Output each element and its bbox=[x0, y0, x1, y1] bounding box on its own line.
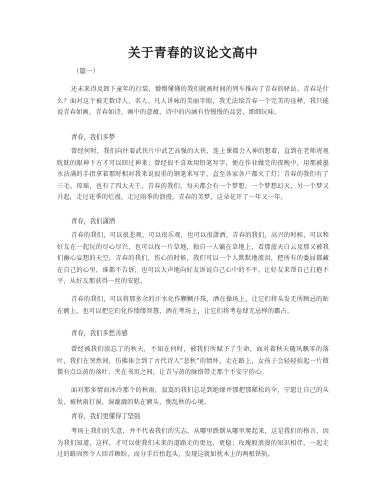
section-label: （篇一） bbox=[73, 66, 99, 75]
paragraph-carefree-1: 青春的我们，可以很悲观，可以很乐观，也可以很潇洒，青春的我们，高兴的时候，可以和… bbox=[57, 230, 329, 288]
document-title: 关于青春的议论文高中 bbox=[0, 43, 386, 61]
heading-carefree: 青春，我们潇洒 bbox=[71, 216, 115, 225]
heading-strength: 青春，我们更懂得了坚强 bbox=[71, 411, 140, 420]
paragraph-intro: 还未来得及卸下童年的行装，懵懵懂懂的我们就被时间的列车推向了青春的驿站。青春是什… bbox=[57, 84, 329, 119]
paragraph-dreams: 曾经何时，我们向往着武侠片中武艺高强的大侠，连上课都会入神的想着，直到在老师虎视… bbox=[57, 146, 329, 204]
paragraph-carefree-2: 青春的我们，可以将那多余的汗水化作颗颗汗珠，洒在操场上，让它们将头发无所顾忌的贴… bbox=[57, 294, 329, 317]
paragraph-sentimental-2: 面对那多情而冰冷那个的秋雨，寂寞的我们总是到绝缘并那把那稀松的伞，宁愿让自己的头… bbox=[57, 385, 329, 408]
document-page: 关于青春的议论文高中 （篇一） 还未来得及卸下童年的行装，懵懵懂懂的我们就被时间… bbox=[0, 0, 386, 500]
paragraph-strength: 考场上我们的失意，并不代表我们的失志，从哪里跌倒从哪里爬起来，这是我们的格言，因… bbox=[57, 426, 329, 461]
heading-sentimental: 青春，我们多愁善感 bbox=[71, 328, 128, 337]
heading-dreams: 青春，我们多梦 bbox=[71, 132, 115, 141]
paragraph-sentimental-1: 曾经被我们淡忘了的秋天，不知在何时，被我们所赋予了生命，面对着秋天随风飘零的落叶… bbox=[57, 344, 329, 379]
